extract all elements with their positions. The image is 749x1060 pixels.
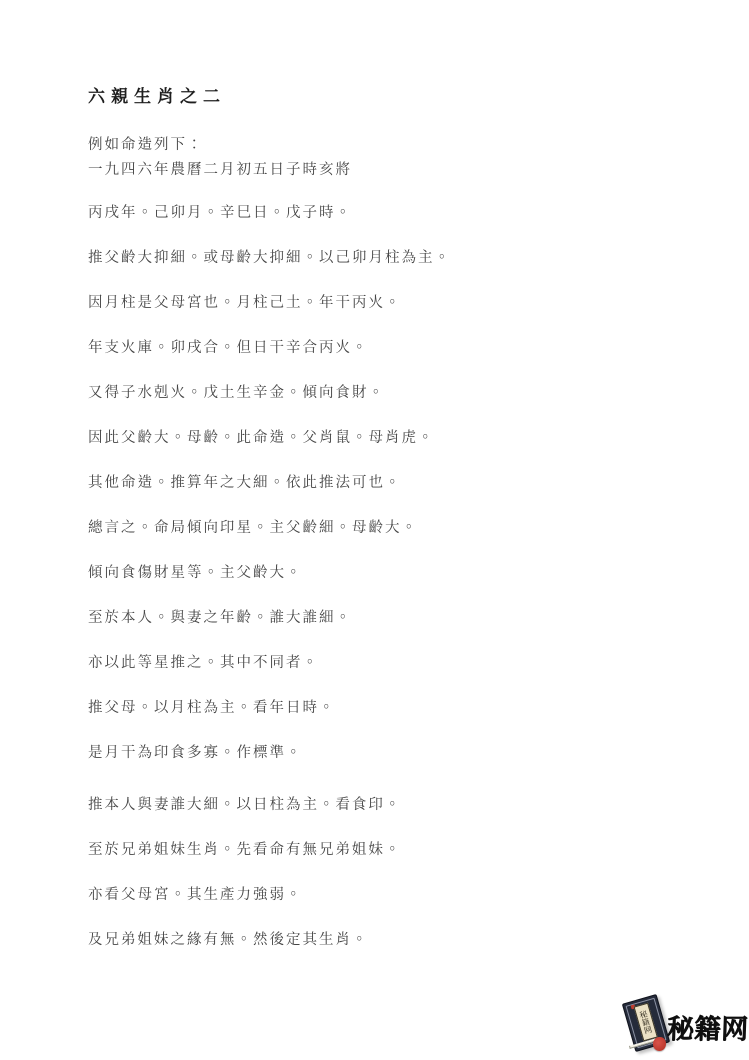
paragraph-line: 至於本人。與妻之年齡。誰大誰細。	[88, 608, 688, 629]
page-title: 六親生肖之二	[88, 86, 688, 107]
document-content: 六親生肖之二 例如命造列下： 一九四六年農曆二月初五日子時亥將 丙戌年。己卯月。…	[88, 86, 688, 951]
site-watermark: 秘籍网 秘籍网	[622, 992, 749, 1060]
red-seal-icon	[653, 1037, 666, 1051]
paragraph-line: 推父齡大抑細。或母齡大抑細。以己卯月柱為主。	[88, 248, 688, 269]
watermark-site-name: 秘籍网	[666, 1014, 748, 1044]
intro-line: 一九四六年農曆二月初五日子時亥將	[88, 158, 688, 183]
paragraph-line: 其他命造。推算年之大細。依此推法可也。	[88, 473, 688, 494]
paragraph-line: 亦以此等星推之。其中不同者。	[88, 653, 688, 674]
paragraph-line: 總言之。命局傾向印星。主父齡細。母齡大。	[88, 518, 688, 539]
paragraph-line: 丙戌年。己卯月。辛巳日。戊子時。	[88, 203, 688, 224]
document-page: 六親生肖之二 例如命造列下： 一九四六年農曆二月初五日子時亥將 丙戌年。己卯月。…	[0, 0, 749, 1060]
paragraph-line: 傾向食傷財星等。主父齡大。	[88, 563, 688, 584]
intro-block: 例如命造列下： 一九四六年農曆二月初五日子時亥將	[88, 133, 688, 183]
paragraph-line: 亦看父母宮。其生產力強弱。	[88, 885, 688, 906]
paragraph-line: 及兄弟姐妹之緣有無。然後定其生肖。	[88, 930, 688, 951]
paragraph-line: 推本人與妻誰大細。以日柱為主。看食印。	[88, 795, 688, 816]
paragraph-line: 因此父齡大。母齡。此命造。父肖鼠。母肖虎。	[88, 428, 688, 449]
paragraph-line: 至於兄弟姐妹生肖。先看命有無兄弟姐妹。	[88, 840, 688, 861]
paragraph-line: 推父母。以月柱為主。看年日時。	[88, 698, 688, 719]
paragraph-line: 因月柱是父母宮也。月柱己土。年干丙火。	[88, 293, 688, 314]
paragraph-line: 年支火庫。卯戌合。但日干辛合丙火。	[88, 338, 688, 359]
paragraph-line: 又得子水剋火。戊土生辛金。傾向食財。	[88, 383, 688, 404]
paragraph-line: 是月干為印食多寡。作標準。	[88, 743, 688, 764]
intro-line: 例如命造列下：	[88, 133, 688, 158]
